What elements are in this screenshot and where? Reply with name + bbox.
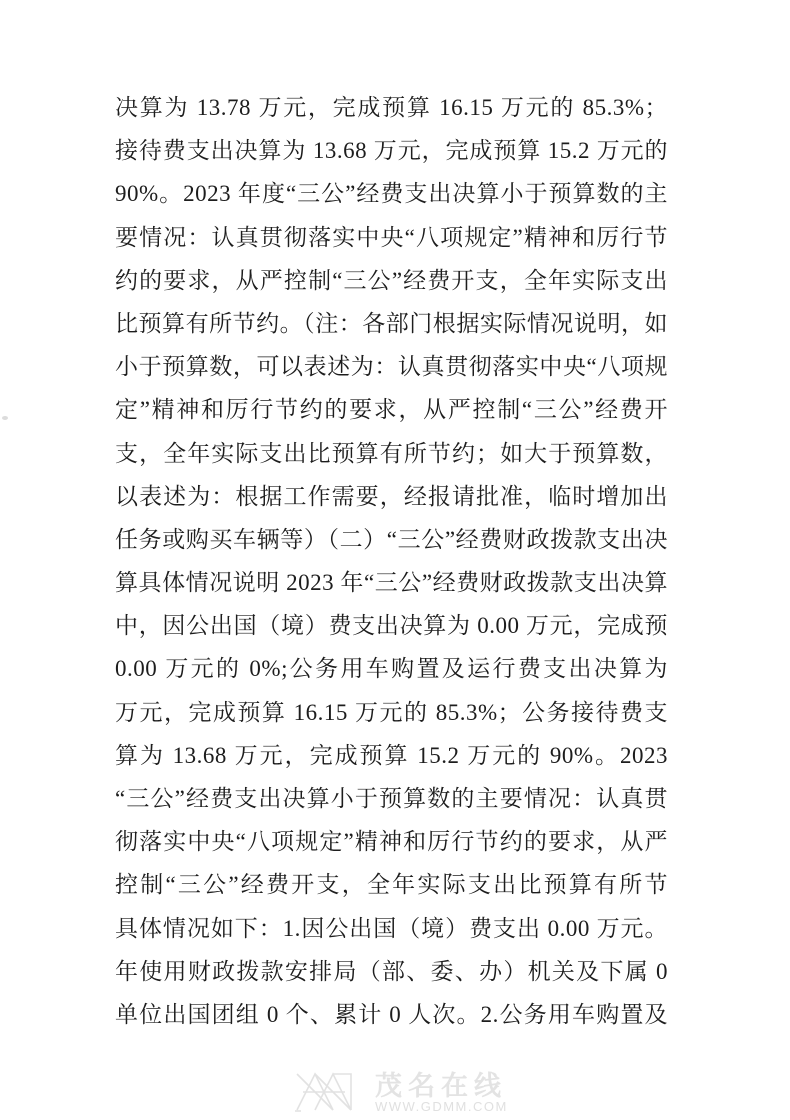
text-line: 任务或购买车辆等）（二）“三公”经费财政拨款支出决 [115,518,668,561]
gdmm-logo-icon [293,1068,367,1114]
text-line: 算具体情况说明 2023 年“三公”经费财政拨款支出决算 [115,561,668,604]
text-line: 彻落实中央“八项规定”精神和厉行节约的要求，从严 [115,820,668,863]
watermark: 茂名在线 WWW.GDMM.COM [293,1068,508,1114]
text-line: 算为 13.68 万元，完成预算 15.2 万元的 90%。2023 年度 [115,734,668,777]
watermark-site-url: WWW.GDMM.COM [375,1099,508,1114]
text-line: 0.00 万元的 0%;公务用车购置及运行费支出决算为 13.78 [115,647,668,690]
text-line: 决算为 13.78 万元，完成预算 16.15 万元的 85.3%；公务 [115,86,668,129]
text-line: 定”精神和厉行节约的要求，从严控制“三公”经费开 [115,388,668,431]
text-line: 90%。2023 年度“三公”经费支出决算小于预算数的主 [115,172,668,215]
text-line: 支，全年实际支出比预算有所节约；如大于预算数，可 [115,432,668,475]
text-line: 约的要求，从严控制“三公”经费开支，全年实际支出 [115,259,668,302]
text-line: 控制“三公”经费开支，全年实际支出比预算有所节约。 [115,863,668,906]
scan-artifact [2,416,8,420]
text-line: 中，因公出国（境）费支出决算为 0.00 万元，完成预算 [115,604,668,647]
document-page: 决算为 13.78 万元，完成预算 16.15 万元的 85.3%；公务 接待费… [0,0,790,1120]
text-line: 比预算有所节约。（注：各部门根据实际情况说明，如 [115,302,668,345]
watermark-site-name: 茂名在线 [375,1073,507,1099]
text-line: 接待费支出决算为 13.68 万元，完成预算 15.2 万元的 [115,129,668,172]
text-line: 万元，完成预算 16.15 万元的 85.3%；公务接待费支出决 [115,691,668,734]
text-line: 以表述为：根据工作需要，经报请批准，临时增加出国 [115,475,668,518]
text-line: 年使用财政拨款安排局（部、委、办）机关及下属 0 个 [115,950,668,993]
document-text: 决算为 13.78 万元，完成预算 16.15 万元的 85.3%；公务 接待费… [115,86,668,1036]
text-line: 小于预算数，可以表述为：认真贯彻落实中央“八项规 [115,345,668,388]
text-line: 单位出国团组 0 个、累计 0 人次。2.公务用车购置及运 [115,993,668,1036]
watermark-text: 茂名在线 WWW.GDMM.COM [375,1073,508,1114]
text-line: 要情况：认真贯彻落实中央“八项规定”精神和厉行节 [115,216,668,259]
text-line: “三公”经费支出决算小于预算数的主要情况：认真贯 [115,777,668,820]
text-line: 具体情况如下：1.因公出国（境）费支出 0.00 万元。全 [115,907,668,950]
